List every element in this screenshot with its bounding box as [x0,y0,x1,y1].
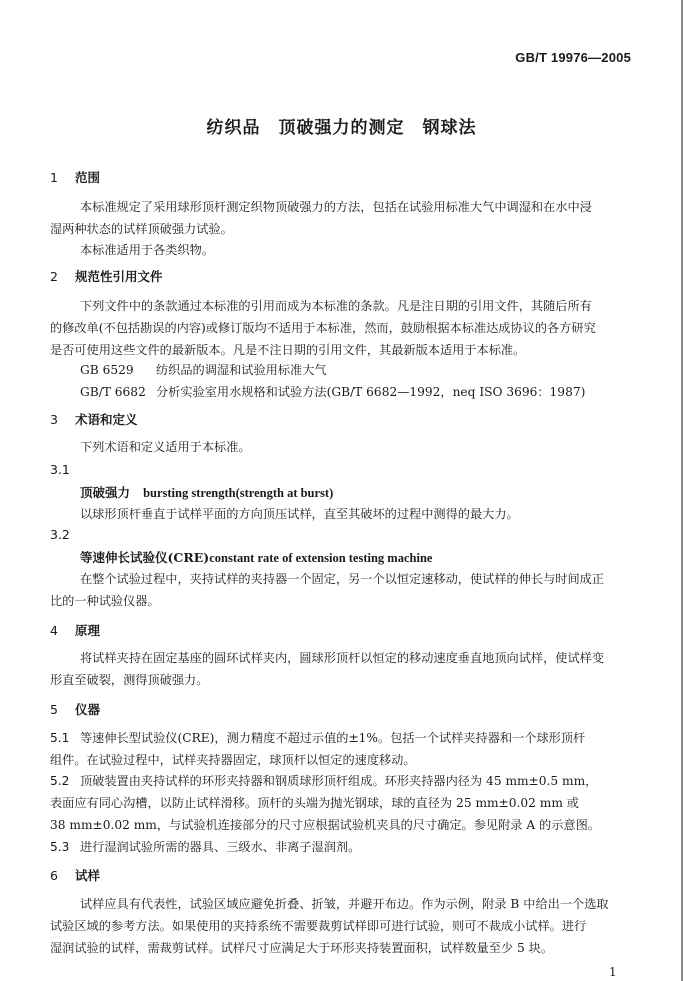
reference-code: GB 6529 [80,359,156,381]
section-2-heading: 2规范性引用文件 [50,267,163,285]
term-chinese: 等速伸长试验仪(CRE) [80,550,209,565]
section-5-heading: 5仪器 [50,700,100,718]
term-english: bursting strength(strength at burst) [143,486,333,500]
paragraph-line: 38 mm±0.02 mm，与试验机连接部分的尺寸应根据试验机夹具的尺寸确定。参… [50,814,600,836]
section-number: 5 [50,702,75,717]
reference-item: GB/T 6682分析实验室用水规格和试验方法(GB/T 6682—1992，n… [80,381,585,403]
paragraph-line: 是否可使用这些文件的最新版本。凡是不注日期的引用文件，其最新版本适用于本标准。 [50,339,525,361]
reference-code: GB/T 6682 [80,381,156,403]
section-number: 4 [50,623,75,638]
clause-number: 5.3 [50,836,80,858]
reference-title: 分析实验室用水规格和试验方法(GB/T 6682—1992，neq ISO 36… [156,385,585,399]
section-title: 仪器 [75,702,100,717]
clause-line: 5.3进行湿润试验所需的器具、三级水、非离子湿润剂。 [50,836,360,858]
section-title: 术语和定义 [75,412,138,427]
section-number: 1 [50,170,75,185]
section-1-heading: 1范围 [50,168,100,186]
paragraph-line: 形直至破裂，测得顶破强力。 [50,669,208,691]
paragraph-line: 表面应有同心沟槽，以防止试样滑移。顶杆的头端为抛光钢球，球的直径为 25 mm±… [50,792,579,814]
paragraph-line: 试样应具有代表性，试验区域应避免折叠、折皱，并避开布边。作为示例，附录 B 中给… [80,893,609,915]
clause-text: 等速伸长型试验仪(CRE)，测力精度不超过示值的±1%。包括一个试样夹持器和一个… [80,731,585,745]
paragraph-line: 下列术语和定义适用于本标准。 [80,436,251,458]
paragraph-line: 组件。在试验过程中，试样夹持器固定，球顶杆以恒定的速度移动。 [50,749,416,771]
paragraph-line: 的修改单(不包括勘误的内容)或修订版均不适用于本标准，然而，鼓励根据本标准达成协… [50,317,596,339]
term-heading: 顶破强力 bursting strength(strength at burst… [80,483,333,501]
paragraph-line: 将试样夹持在固定基座的圆环试样夹内，圆球形顶杆以恒定的移动速度垂直地顶向试样，使… [80,647,604,669]
clause-number: 3.2 [50,527,70,542]
section-number: 2 [50,269,75,284]
section-number: 6 [50,868,75,883]
paragraph-line: 湿润试验的试样，需裁剪试样。试样尺寸应满足大于环形夹持装置面积，试样数量至少 5… [50,937,553,959]
clause-text: 顶破装置由夹持试样的环形夹持器和钢质球形顶杆组成。环形夹持器内径为 45 mm±… [80,774,597,788]
reference-item: GB 6529纺织品的调湿和试验用标准大气 [80,359,327,381]
paragraph-line: 湿两种状态的试样顶破强力试验。 [50,218,233,240]
definition-line: 比的一种试验仪器。 [50,590,160,612]
section-title: 规范性引用文件 [75,269,163,284]
section-title: 原理 [75,623,100,638]
term-heading: 等速伸长试验仪(CRE)constant rate of extension t… [80,548,432,566]
paragraph-line: 本标准适用于各类织物。 [80,239,214,261]
section-3-heading: 3术语和定义 [50,410,138,428]
section-4-heading: 4原理 [50,621,100,639]
document-title: 纺织品 顶破强力的测定 钢球法 [0,113,683,138]
section-title: 试样 [75,868,100,883]
clause-number: 5.2 [50,770,80,792]
clause-number: 5.1 [50,727,80,749]
paragraph-line: 本标准规定了采用球形顶杆测定织物顶破强力的方法，包括在试验用标准大气中调湿和在水… [80,196,592,218]
reference-title: 纺织品的调湿和试验用标准大气 [156,363,327,377]
paragraph-line: 试验区域的参考方法。如果使用的夹持系统不需要裁剪试样即可进行试验，则可不裁成小试… [50,915,586,937]
clause-line: 5.2顶破装置由夹持试样的环形夹持器和钢质球形顶杆组成。环形夹持器内径为 45 … [50,770,597,792]
clause-text: 进行湿润试验所需的器具、三级水、非离子湿润剂。 [80,840,360,854]
definition-line: 在整个试验过程中，夹持试样的夹持器一个固定，另一个以恒定速移动，使试样的伸长与时… [80,568,604,590]
clause-line: 5.1等速伸长型试验仪(CRE)，测力精度不超过示值的±1%。包括一个试样夹持器… [50,727,585,749]
page-number: 1 [609,965,617,979]
paragraph-line: 下列文件中的条款通过本标准的引用而成为本标准的条款。凡是注日期的引用文件，其随后… [80,295,592,317]
section-number: 3 [50,412,75,427]
clause-number: 3.1 [50,462,70,477]
section-title: 范围 [75,170,100,185]
standard-number: GB/T 19976—2005 [515,50,631,65]
definition-line: 以球形顶杆垂直于试样平面的方向顶压试样，直至其破坏的过程中测得的最大力。 [80,503,519,525]
term-english: constant rate of extension testing machi… [209,551,432,565]
section-6-heading: 6试样 [50,866,100,884]
term-chinese: 顶破强力 [80,485,130,500]
